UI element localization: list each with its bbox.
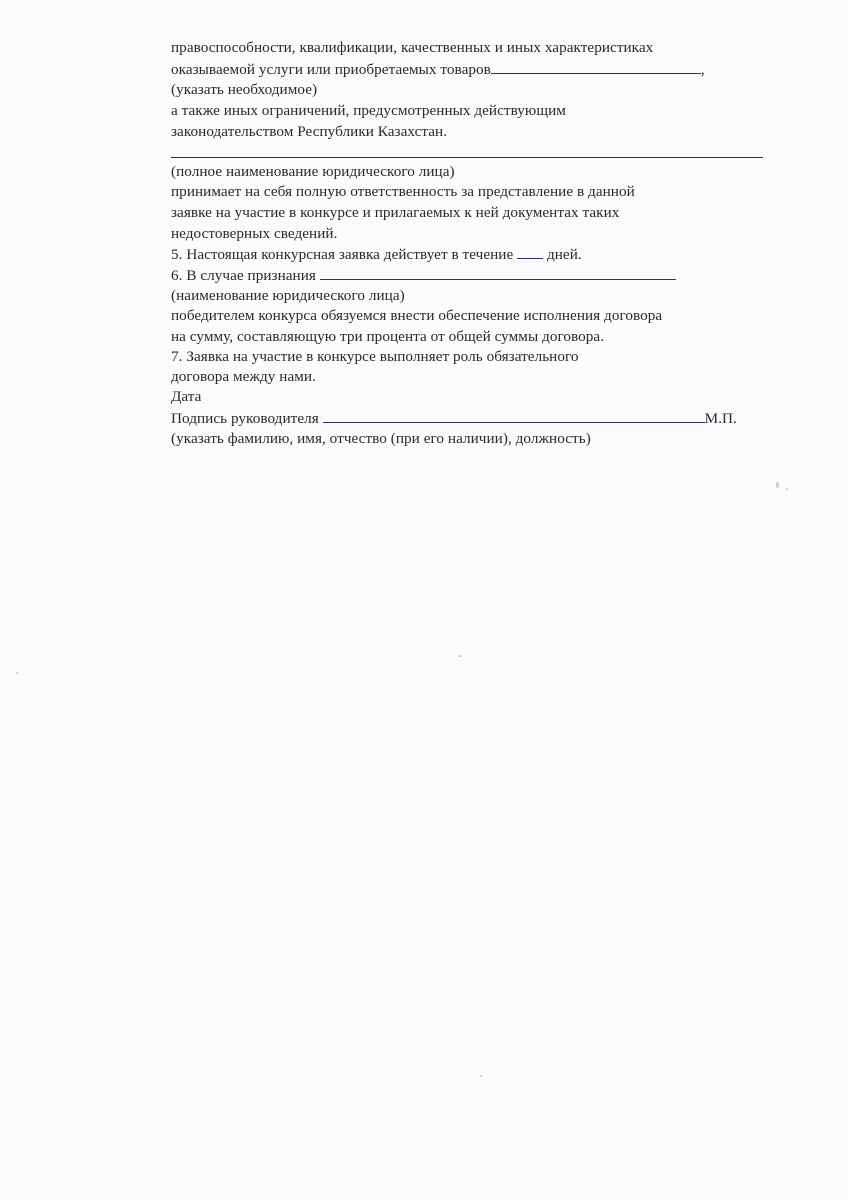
text-line: 7. Заявка на участие в конкурсе выполняе… [171, 347, 579, 367]
text-line: договора между нами. [171, 367, 316, 387]
signature-label: Подпись руководителя [171, 410, 323, 427]
text-fragment: 5. Настоящая конкурсная заявка действует… [171, 246, 517, 263]
seal-label: М.П. [705, 410, 737, 427]
goods-services-line: оказываемой услуги или приобретаемых тов… [171, 59, 705, 80]
text-line: принимает на себя полную ответственность… [171, 182, 635, 202]
scan-speck [786, 488, 788, 490]
text-fragment: , [701, 61, 705, 78]
scan-speck [480, 1075, 482, 1077]
text-line: на сумму, составляющую три процента от о… [171, 327, 604, 347]
validity-clause: 5. Настоящая конкурсная заявка действует… [171, 244, 582, 265]
winner-name-blank-field[interactable] [320, 265, 676, 280]
legal-entity-name-field[interactable] [171, 157, 763, 158]
text-line: законодательством Республики Казахстан. [171, 122, 447, 142]
scan-speck [458, 655, 461, 657]
days-blank-field[interactable] [517, 244, 543, 259]
text-fragment: оказываемой услуги или приобретаемых тов… [171, 61, 491, 78]
hint-caption: (указать фамилию, имя, отчество (при его… [171, 429, 591, 449]
scan-speck [16, 672, 18, 674]
hint-caption: (наименование юридического лица) [171, 286, 405, 306]
text-line: победителем конкурса обязуемся внести об… [171, 306, 662, 326]
winner-clause: 6. В случае признания [171, 265, 676, 286]
document-page: правоспособности, квалификации, качестве… [0, 0, 848, 1200]
text-line: а также иных ограничений, предусмотренны… [171, 101, 566, 121]
text-line: правоспособности, квалификации, качестве… [171, 38, 653, 58]
text-line: заявке на участие в конкурсе и прилагаем… [171, 203, 619, 223]
text-fragment: 6. В случае признания [171, 267, 320, 284]
hint-caption: (указать необходимое) [171, 80, 317, 100]
hint-caption: (полное наименование юридического лица) [171, 162, 455, 182]
text-line: недостоверных сведений. [171, 224, 337, 244]
signature-line: Подпись руководителя М.П. [171, 408, 737, 429]
date-label: Дата [171, 387, 201, 407]
signature-blank-field[interactable] [323, 408, 705, 423]
goods-blank-field[interactable] [491, 59, 701, 74]
scan-speck [776, 482, 779, 488]
text-fragment: дней. [543, 246, 582, 263]
